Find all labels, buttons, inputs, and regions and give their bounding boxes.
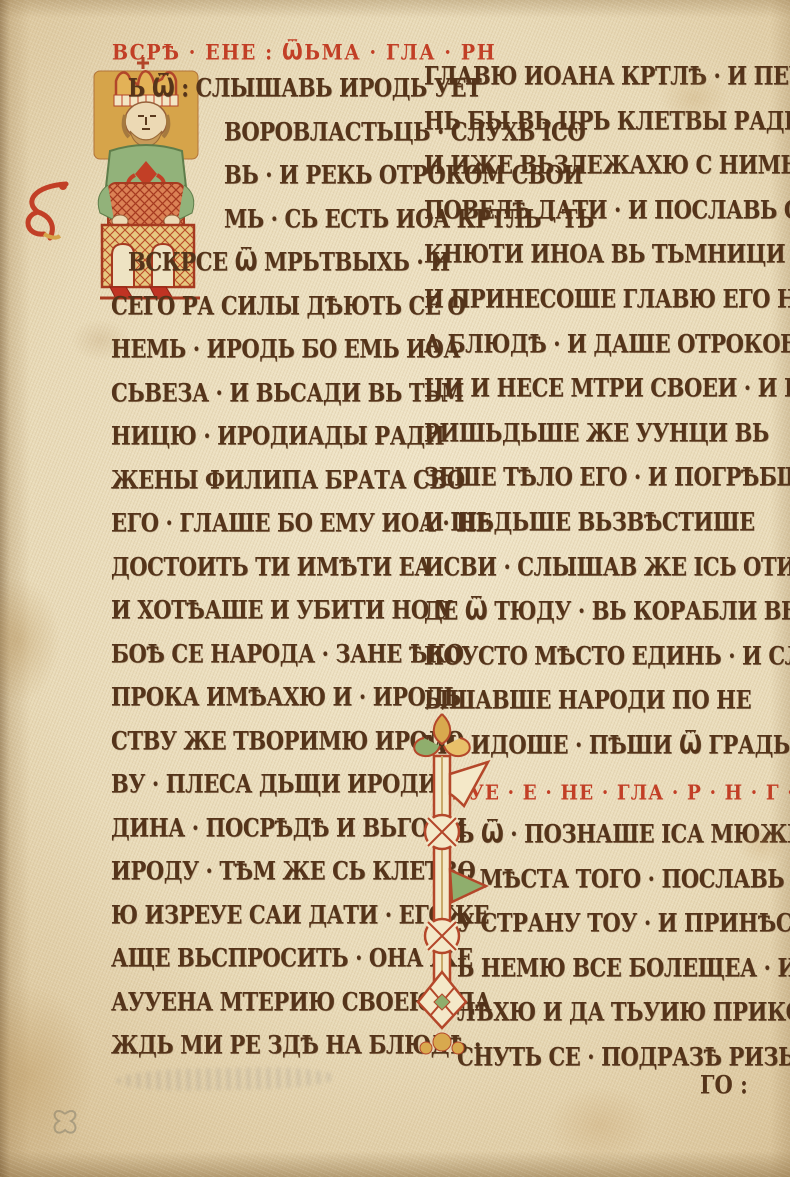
manuscript-page: ВСРѢ · ЕНЕ : ѾЬМА · ГЛА · РН — [0, 0, 790, 1177]
crown-cross-finial — [137, 57, 149, 69]
fleur-de-lis-left-petal — [414, 738, 440, 756]
left-text-column: Ь Ѿ : СЛЫШАВЬ ИРОДЬ УЕТ ВОРОВЛАСТЬЦЬ · С… — [111, 78, 403, 1079]
initial-upper-beak — [450, 762, 488, 806]
flourish-dot — [59, 182, 67, 190]
pendant-flower-center — [433, 1033, 451, 1051]
initial-lower-wing — [450, 870, 486, 902]
flourish-curl — [28, 184, 66, 238]
pencil-squiggle — [55, 1111, 76, 1133]
pencil-mark — [48, 1106, 82, 1146]
decorated-initial-V — [394, 710, 494, 1062]
hanging-line-end: ГО : — [700, 1070, 748, 1100]
pendant-flower-left — [420, 1042, 432, 1054]
fleur-de-lis-center — [434, 714, 451, 744]
fleur-de-lis-right-petal — [444, 738, 470, 756]
pendant-flower-right — [452, 1042, 464, 1054]
margin-flourish-ornament — [16, 176, 72, 248]
